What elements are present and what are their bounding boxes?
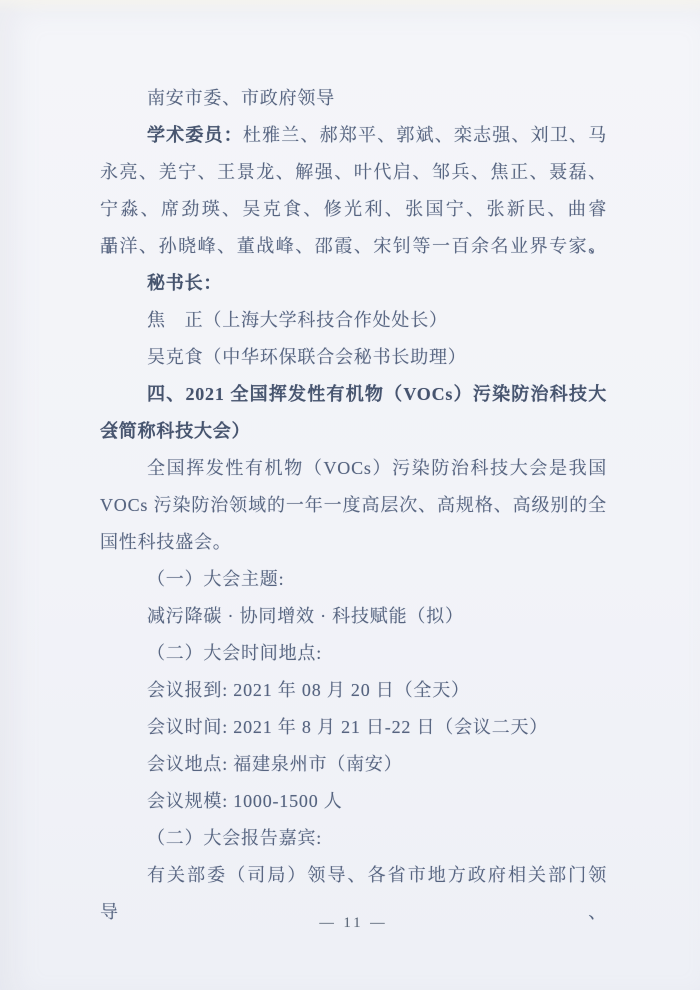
text-line-21: （二）大会报告嘉宾: xyxy=(100,820,607,857)
text-line-12-segment-1: VOCs 污染防治领域的一年一度高层次、高规格、高级别的全 xyxy=(100,495,607,515)
text-line-21-segment-1: （二）大会报告嘉宾: xyxy=(147,828,322,848)
text-line-1-segment-1: 南安市委、市政府领导 xyxy=(147,88,335,108)
text-line-13: 国性科技盛会。 xyxy=(100,524,607,561)
text-line-8: 吴克食（中华环保联合会秘书长助理） xyxy=(100,339,607,376)
text-line-15: 减污降碳 · 协同增效 · 科技赋能（拟） xyxy=(100,598,607,635)
text-line-7-segment-1: 焦 正（上海大学科技合作处处长） xyxy=(147,310,448,330)
text-line-19-segment-1: 会议地点: 福建泉州市（南安） xyxy=(147,754,403,774)
text-line-5: 于洋、孙晓峰、董战峰、邵霞、宋钊等一百余名业界专家。 xyxy=(100,228,607,265)
text-line-2-segment-1: 学术委员： xyxy=(147,125,243,145)
text-line-17-segment-1: 会议报到: 2021 年 08 月 20 日（全天） xyxy=(147,680,470,700)
text-line-15-segment-1: 减污降碳 · 协同增效 · 科技赋能（拟） xyxy=(147,606,464,626)
text-line-12: VOCs 污染防治领域的一年一度高层次、高规格、高级别的全 xyxy=(100,487,607,524)
text-line-20: 会议规模: 1000-1500 人 xyxy=(100,783,607,820)
text-line-22-segment-1: 有关部委（司局）领导、各省市地方政府相关部门领导、 xyxy=(100,865,607,922)
text-line-6: 秘书长： xyxy=(100,265,607,302)
text-line-7: 焦 正（上海大学科技合作处处长） xyxy=(100,302,607,339)
text-line-3: 永亮、羌宁、王景龙、解强、叶代启、邹兵、焦正、聂磊、 xyxy=(100,154,607,191)
text-line-16-segment-1: （二）大会时间地点: xyxy=(147,643,322,663)
text-line-14: （一）大会主题: xyxy=(100,561,607,598)
text-line-1: 南安市委、市政府领导 xyxy=(100,80,607,117)
text-line-18-segment-1: 会议时间: 2021 年 8 月 21 日-22 日（会议二天） xyxy=(147,717,548,737)
text-line-6-segment-1: 秘书长： xyxy=(147,273,222,293)
text-line-8-segment-1: 吴克食（中华环保联合会秘书长助理） xyxy=(147,347,467,367)
text-line-16: （二）大会时间地点: xyxy=(100,635,607,672)
text-line-14-segment-1: （一）大会主题: xyxy=(147,569,284,589)
text-line-2-segment-2: 杜雅兰、郝郑平、郭斌、栾志强、刘卫、马 xyxy=(243,125,607,145)
text-line-20-segment-1: 会议规模: 1000-1500 人 xyxy=(147,791,343,811)
text-line-2: 学术委员：杜雅兰、郝郑平、郭斌、栾志强、刘卫、马 xyxy=(100,117,607,154)
text-line-22: 有关部委（司局）领导、各省市地方政府相关部门领导、 xyxy=(100,857,607,894)
text-line-5-segment-1: 于洋、孙晓峰、董战峰、邵霞、宋钊等一百余名业界专家。 xyxy=(100,236,607,256)
text-line-18: 会议时间: 2021 年 8 月 21 日-22 日（会议二天） xyxy=(100,709,607,746)
text-line-11: 全国挥发性有机物（VOCs）污染防治科技大会是我国 xyxy=(100,450,607,487)
text-line-17: 会议报到: 2021 年 08 月 20 日（全天） xyxy=(100,672,607,709)
text-line-11-segment-1: 全国挥发性有机物（VOCs）污染防治科技大会是我国 xyxy=(147,458,607,478)
text-line-10: （简称科技大会） xyxy=(100,413,607,450)
text-line-13-segment-1: 国性科技盛会。 xyxy=(100,532,232,552)
text-line-4: 宁淼、席劲瑛、吴克食、修光利、张国宁、张新民、曲睿晶、 xyxy=(100,191,607,228)
text-line-19: 会议地点: 福建泉州市（南安） xyxy=(100,746,607,783)
document-page: 南安市委、市政府领导学术委员：杜雅兰、郝郑平、郭斌、栾志强、刘卫、马永亮、羌宁、… xyxy=(0,0,700,990)
text-line-9: 四、2021 全国挥发性有机物（VOCs）污染防治科技大会 xyxy=(100,376,607,413)
document-body: 南安市委、市政府领导学术委员：杜雅兰、郝郑平、郭斌、栾志强、刘卫、马永亮、羌宁、… xyxy=(100,80,607,894)
text-line-3-segment-1: 永亮、羌宁、王景龙、解强、叶代启、邹兵、焦正、聂磊、 xyxy=(100,162,607,182)
text-line-10-segment-1: （简称科技大会） xyxy=(100,421,250,441)
